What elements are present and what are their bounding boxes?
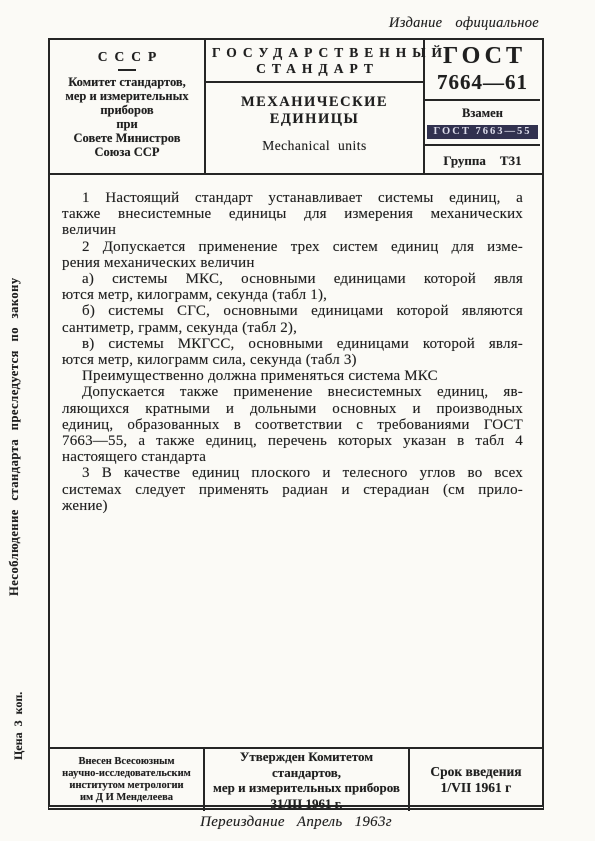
approved-line: Утвержден Комитетом стандартов,: [205, 749, 408, 780]
body-line: настоящего стандарта: [62, 449, 523, 465]
org-cell: СССР Комитет стандартов, мер и измерител…: [50, 40, 206, 173]
gost-designation: ГОСТ 7664—61: [425, 40, 540, 101]
body-line: б) системы СГС, основными единицами кото…: [62, 303, 523, 319]
law-vertical-note: Несоблюдение стандарта преследуется по з…: [7, 228, 22, 646]
footer-table: Внесен Всесоюзным научно-исследовательск…: [48, 747, 544, 810]
submitted-line: научно-исследовательским: [50, 768, 203, 780]
body-line: Допускается также применение внесистемны…: [62, 384, 523, 400]
approved-cell: Утвержден Комитетом стандартов, мер и из…: [205, 749, 410, 811]
body-paragraph: Преимущественно должна применяться систе…: [62, 368, 523, 384]
gost-code-word: ГОСТ: [425, 43, 540, 70]
submitted-line: им Д И Менделеева: [50, 792, 203, 804]
body-line: 3 В качестве единиц плоского и телесного…: [62, 465, 523, 481]
body-line: Преимущественно должна применяться систе…: [62, 368, 523, 384]
standard-cell: ГОСУДАРСТВЕННЫЙ СТАНДАРТ МЕХАНИЧЕСКИЕ ЕД…: [206, 40, 425, 173]
standard-title-block: МЕХАНИЧЕСКИЕ ЕДИНИЦЫ Mechanical units: [206, 83, 423, 173]
group-label: Группа: [443, 153, 486, 168]
effective-line: 1/VII 1961 г: [410, 780, 542, 796]
body-line: жение): [62, 498, 523, 514]
submitted-line: институтом метрологии: [50, 780, 203, 792]
committee-line: мер и измерительных: [50, 89, 204, 103]
body-line: 1 Настоящий стандарт устанавливает систе…: [62, 190, 523, 206]
body-paragraph: в) системы МКГСС, основными единицами ко…: [62, 336, 523, 368]
submitted-line: Внесен Всесоюзным: [50, 756, 203, 768]
committee-line: при: [50, 117, 204, 131]
body-line: сантиметр, грамм, секунда (табл 2),: [62, 320, 523, 336]
effective-line: Срок введения: [410, 764, 542, 780]
body-paragraph: б) системы СГС, основными единицами кото…: [62, 303, 523, 335]
committee-line: Совете Министров: [50, 131, 204, 145]
body-line: величин: [62, 222, 523, 238]
committee-text: Комитет стандартов, мер и измерительных …: [50, 75, 204, 159]
document-page: Издание официальное СССР Комитет стандар…: [0, 0, 595, 841]
standard-title-en: Mechanical units: [206, 138, 423, 154]
body-paragraph: Допускается также применение внесистемны…: [62, 384, 523, 465]
body-line: ляющихся кратными и дольными основных и …: [62, 401, 523, 417]
body-paragraph: а) системы МКС, основными единицами кото…: [62, 271, 523, 303]
body-line: а) системы МКС, основными единицами кото…: [62, 271, 523, 287]
effective-cell: Срок введения 1/VII 1961 г: [410, 749, 542, 811]
body-paragraph: 1 Настоящий стандарт устанавливает систе…: [62, 190, 523, 239]
committee-line: приборов: [50, 103, 204, 117]
body-line: 7663—55, а также единиц, перечень которы…: [62, 433, 523, 449]
standard-title-ru: МЕХАНИЧЕСКИЕ ЕДИНИЦЫ: [206, 94, 423, 128]
body-line: единиц, образованных в соответствии с тр…: [62, 417, 523, 433]
body-paragraph: 2 Допускается применение трех систем еди…: [62, 239, 523, 271]
body-box: 1 Настоящий стандарт устанавливает систе…: [48, 175, 544, 747]
standard-type-line: ГОСУДАРСТВЕННЫЙ: [206, 45, 423, 61]
body-line: в) системы МКГСС, основными единицами ко…: [62, 336, 523, 352]
group-block: ГруппаТ31: [425, 146, 540, 173]
gost-code-number: 7664—61: [425, 70, 540, 94]
committee-line: Комитет стандартов,: [50, 75, 204, 89]
committee-line: Союза ССР: [50, 145, 204, 159]
body-paragraph: 3 В качестве единиц плоского и телесного…: [62, 465, 523, 514]
price-vertical-note: Цена 3 коп.: [11, 658, 26, 793]
body-line: системах следует применять радиан и стер…: [62, 482, 523, 498]
country-label: СССР: [50, 49, 204, 65]
replaces-label: Взамен: [425, 106, 540, 121]
designation-cell: ГОСТ 7664—61 Взамен ГОСТ 7663—55 ГруппаТ…: [425, 40, 540, 173]
header-table: СССР Комитет стандартов, мер и измерител…: [48, 38, 544, 175]
body-line: рения механических величин: [62, 255, 523, 271]
group-value: Т31: [500, 153, 522, 168]
body-line: также внесистемные единицы для измерения…: [62, 206, 523, 222]
dash-rule: [118, 69, 136, 71]
replaces-block: Взамен ГОСТ 7663—55: [425, 101, 540, 146]
standard-type: ГОСУДАРСТВЕННЫЙ СТАНДАРТ: [206, 40, 423, 83]
body-line: ются метр, килограмм, секунда (табл 1),: [62, 287, 523, 303]
body-line: 2 Допускается применение трех систем еди…: [62, 239, 523, 255]
approved-line: 31/III 1961 г.: [205, 796, 408, 812]
submitted-cell: Внесен Всесоюзным научно-исследовательск…: [50, 749, 205, 811]
approved-line: мер и измерительных приборов: [205, 780, 408, 796]
standard-type-line: СТАНДАРТ: [206, 61, 423, 77]
replaces-value-badge: ГОСТ 7663—55: [427, 125, 539, 139]
reissue-note: Переиздание Апрель 1963г: [48, 814, 544, 831]
body-line: ются метр, килограмм сила, секунда (табл…: [62, 352, 523, 368]
edition-note: Издание официальное: [389, 15, 539, 32]
